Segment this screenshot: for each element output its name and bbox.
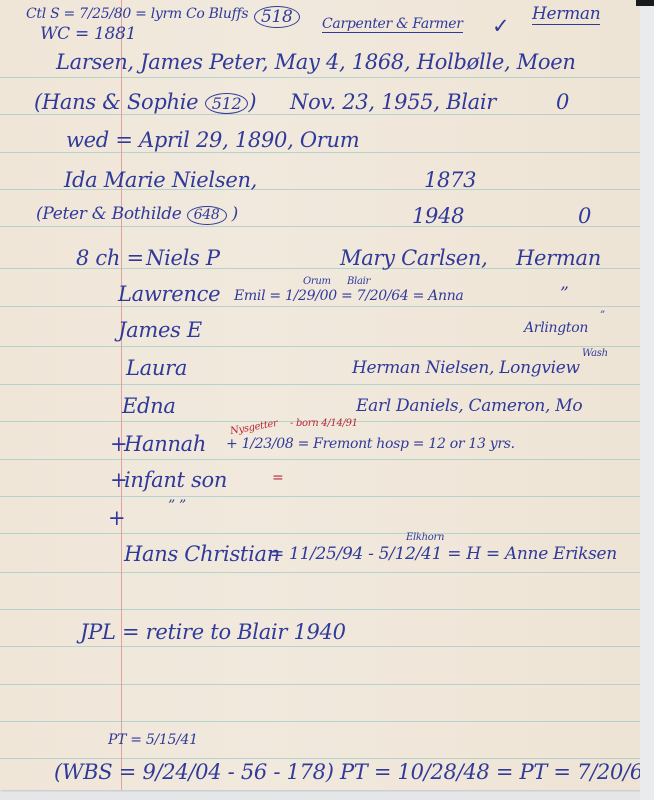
spouse-mark: 0 bbox=[578, 204, 591, 228]
ditto-marks: ” ” bbox=[168, 498, 186, 514]
children-prefix: 8 ch = bbox=[76, 246, 144, 270]
child-name: Lawrence bbox=[118, 282, 220, 306]
child-name: infant son bbox=[124, 468, 227, 492]
paren-close: ) bbox=[248, 90, 256, 114]
checkmark-icon: ✓ bbox=[492, 14, 509, 38]
rule-line bbox=[0, 758, 640, 759]
rule-line bbox=[0, 572, 640, 573]
superscript-note: Blair bbox=[347, 276, 370, 287]
child-name: Hannah bbox=[124, 432, 206, 456]
rule-line bbox=[0, 684, 640, 685]
rule-line bbox=[0, 609, 640, 610]
rule-line bbox=[0, 496, 640, 497]
child-spouse: Earl Daniels, Cameron, Mo bbox=[356, 396, 582, 416]
child-marker: + bbox=[108, 506, 125, 530]
spouse-parents-text: (Peter & Bothilde bbox=[36, 204, 182, 224]
pt-note: PT = 5/15/41 bbox=[108, 732, 198, 748]
child-detail: + 1/23/08 = Fremont hosp = 12 or 13 yrs. bbox=[226, 436, 515, 452]
rule-line bbox=[0, 646, 640, 647]
child-spouse: Herman Nielsen, Longview bbox=[352, 358, 580, 378]
footer-note: (WBS = 9/24/04 - 56 - 178) PT = 10/28/48… bbox=[54, 760, 640, 784]
rule-line bbox=[0, 152, 640, 153]
header-line-2: WC = 1881 bbox=[40, 24, 136, 44]
parents-line: (Hans & Sophie 512) bbox=[34, 90, 256, 114]
circled-id-518: 518 bbox=[254, 6, 300, 28]
paren-close: ) bbox=[232, 204, 238, 224]
scan-background bbox=[640, 0, 654, 800]
child-spouse: Mary Carlsen, bbox=[340, 246, 487, 270]
child-name: James E bbox=[118, 318, 202, 342]
rule-line bbox=[0, 533, 640, 534]
rule-line bbox=[0, 306, 640, 307]
spouse-death: 1948 bbox=[412, 204, 464, 228]
child-name: Niels P bbox=[146, 246, 220, 270]
wed-line: wed = April 29, 1890, Orum bbox=[66, 128, 359, 152]
ditto-mark: ” bbox=[600, 310, 605, 321]
child-name: Hans Christian bbox=[124, 542, 280, 566]
retire-note: JPL = retire to Blair 1940 bbox=[80, 620, 346, 644]
red-mark: = bbox=[272, 470, 283, 486]
death-line: Nov. 23, 1955, Blair bbox=[290, 90, 496, 114]
circled-number: 648 bbox=[187, 206, 227, 225]
child-name: Laura bbox=[126, 356, 187, 380]
child-name: Edna bbox=[122, 394, 176, 418]
occupation: Carpenter & Farmer bbox=[322, 16, 463, 32]
rule-line bbox=[0, 459, 640, 460]
child-place: Herman bbox=[516, 246, 601, 270]
parents-text: (Hans & Sophie bbox=[34, 90, 198, 114]
scan-edge bbox=[636, 0, 654, 6]
spouse-birth: 1873 bbox=[424, 168, 476, 192]
circled-number: 518 bbox=[254, 6, 300, 28]
child-place: Arlington bbox=[524, 320, 588, 336]
header-location-text: Herman bbox=[532, 4, 600, 25]
rule-line bbox=[0, 721, 640, 722]
superscript-note: Elkhorn bbox=[406, 532, 444, 543]
ditto-mark: ” bbox=[560, 284, 568, 304]
child-detail: = 11/25/94 - 5/12/41 = H = Anne Eriksen bbox=[270, 544, 617, 564]
rule-line bbox=[0, 346, 640, 347]
header-line-1: Ctl S = 7/25/80 = lyrm Co Bluffs bbox=[26, 6, 248, 22]
name-line: Larsen, James Peter, May 4, 1868, Holbøl… bbox=[56, 50, 576, 74]
superscript-note: Orum bbox=[303, 276, 331, 287]
rule-line bbox=[0, 77, 640, 78]
spouse-parents-line: (Peter & Bothilde 648 ) bbox=[36, 204, 238, 225]
rule-line bbox=[0, 226, 640, 227]
death-mark: 0 bbox=[556, 90, 569, 114]
header-location: Herman bbox=[532, 4, 600, 24]
child-detail: Emil = 1/29/00 = 7/20/64 = Anna bbox=[234, 288, 463, 304]
place-note: Wash bbox=[582, 348, 608, 359]
spouse-name: Ida Marie Nielsen, bbox=[64, 168, 257, 192]
circled-number: 512 bbox=[205, 93, 249, 114]
notebook-page: Ctl S = 7/25/80 = lyrm Co Bluffs WC = 18… bbox=[0, 0, 640, 790]
occupation-text: Carpenter & Farmer bbox=[322, 16, 463, 33]
red-annotation: - born 4/14/91 bbox=[290, 418, 358, 429]
rule-line bbox=[0, 384, 640, 385]
